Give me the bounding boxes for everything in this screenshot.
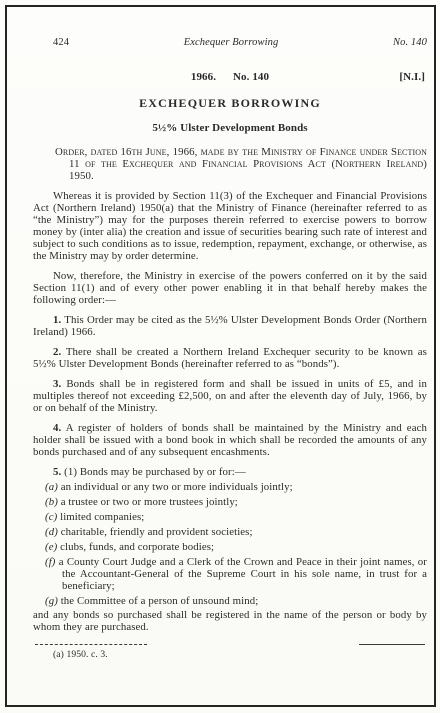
article-5-continuation: and any bonds so purchased shall be regi… — [33, 609, 427, 633]
item-a-marker: (a) — [45, 481, 58, 493]
masthead-line: 1966. No. 140 [N.I.] — [33, 71, 427, 83]
item-c-text: limited companies; — [60, 511, 144, 523]
article-2-number: 2. — [53, 346, 61, 358]
item-b-marker: (b) — [45, 496, 58, 508]
running-header: 424 Exchequer Borrowing No. 140 — [33, 37, 427, 49]
article-1-number: 1. — [53, 314, 61, 326]
footnote-rule-right — [359, 644, 425, 646]
list-item: (b) a trustee or two or more trustees jo… — [45, 496, 427, 508]
article-3-text: Bonds shall be in registered form and sh… — [33, 378, 427, 414]
masthead-year: 1966. — [191, 71, 216, 83]
document-subheading: 5½% Ulster Development Bonds — [33, 122, 427, 134]
item-g-marker: (g) — [45, 595, 58, 607]
footnote-rule-left — [35, 644, 147, 646]
list-item: (e) clubs, funds, and corporate bodies; — [45, 541, 427, 553]
article-2: 2. There shall be created a Northern Ire… — [33, 346, 427, 370]
running-number: No. 140 — [393, 37, 427, 49]
item-d-marker: (d) — [45, 526, 58, 538]
article-1-text: This Order may be cited as the 5½% Ulste… — [33, 314, 427, 338]
list-item: (d) charitable, friendly and provident s… — [45, 526, 427, 538]
article-4-number: 4. — [53, 422, 61, 434]
article-1: 1. This Order may be cited as the 5½% Ul… — [33, 314, 427, 338]
article-5-intro-text: (1) Bonds may be purchased by or for:— — [64, 466, 246, 478]
document-heading: EXCHEQUER BORROWING — [33, 97, 427, 109]
article-4: 4. A register of holders of bonds shall … — [33, 422, 427, 458]
preamble-now-therefore: Now, therefore, the Ministry in exercise… — [33, 270, 427, 306]
item-f-marker: (f) — [45, 556, 56, 568]
item-d-text: charitable, friendly and provident socie… — [61, 526, 253, 538]
article-3: 3. Bonds shall be in registered form and… — [33, 378, 427, 414]
article-4-text: A register of holders of bonds shall be … — [33, 422, 427, 458]
list-item: (a) an individual or any two or more ind… — [45, 481, 427, 493]
scanned-statute-page: 424 Exchequer Borrowing No. 140 1966. No… — [0, 0, 440, 713]
item-e-marker: (e) — [45, 541, 57, 553]
article-3-number: 3. — [53, 378, 61, 390]
order-recital: Order, dated 16th June, 1966, made by th… — [33, 146, 427, 182]
article-5-number: 5. — [53, 466, 61, 478]
jurisdiction-marker: [N.I.] — [399, 71, 425, 83]
masthead-number: No. 140 — [233, 71, 269, 83]
page-content: 424 Exchequer Borrowing No. 140 1966. No… — [7, 7, 434, 705]
page-number: 424 — [53, 37, 69, 49]
list-item: (g) the Committee of a person of unsound… — [45, 595, 427, 607]
footnote-separator — [33, 644, 427, 646]
item-f-text: a County Court Judge and a Clerk of the … — [59, 556, 427, 592]
article-2-text: There shall be created a Northern Irelan… — [33, 346, 427, 370]
footnote-citation: (a) 1950. c. 3. — [33, 649, 427, 661]
item-g-text: the Committee of a person of unsound min… — [61, 595, 259, 607]
item-c-marker: (c) — [45, 511, 57, 523]
list-item: (f) a County Court Judge and a Clerk of … — [45, 556, 427, 592]
article-5-intro: 5. (1) Bonds may be purchased by or for:… — [33, 466, 427, 478]
item-a-text: an individual or any two or more individ… — [61, 481, 293, 493]
item-b-text: a trustee or two or more trustees jointl… — [61, 496, 238, 508]
list-item: (c) limited companies; — [45, 511, 427, 523]
running-title: Exchequer Borrowing — [184, 37, 279, 49]
item-e-text: clubs, funds, and corporate bodies; — [60, 541, 214, 553]
preamble-whereas: Whereas it is provided by Section 11(3) … — [33, 190, 427, 262]
